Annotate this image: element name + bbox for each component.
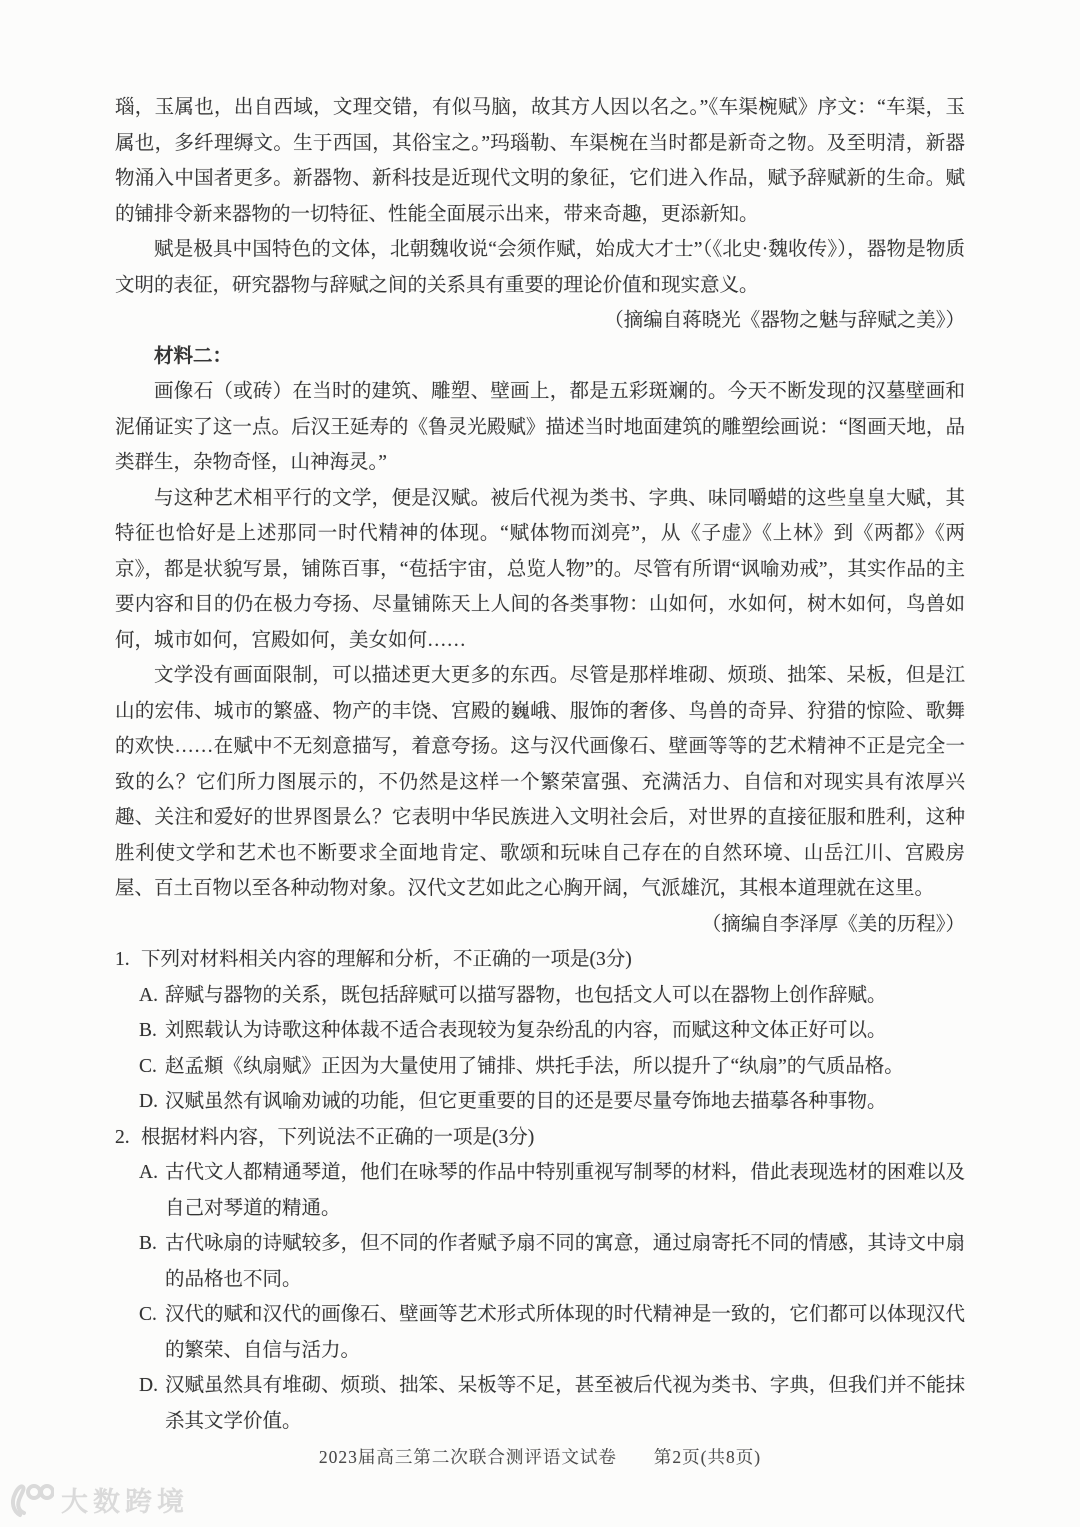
material1-continuation-paragraph: 瑙，玉属也，出自西域，文理交错，有似马脑，故其方人因以名之。”《车渠椀赋》序文：… <box>115 90 965 232</box>
option-text: 赵孟頫《纨扇赋》正因为大量使用了铺排、烘托手法，所以提升了“纨扇”的气质品格。 <box>165 1056 904 1077</box>
option-label: A. <box>139 1155 165 1191</box>
option-text: 辞赋与器物的关系，既包括辞赋可以描写器物，也包括文人可以在器物上创作辞赋。 <box>165 985 887 1006</box>
question-1-option-c: C.赵孟頫《纨扇赋》正因为大量使用了铺排、烘托手法，所以提升了“纨扇”的气质品格… <box>115 1049 965 1085</box>
question-2-option-c: C.汉代的赋和汉代的画像石、壁画等艺术形式所体现的时代精神是一致的，它们都可以体… <box>115 1297 965 1368</box>
question-2-option-a: A.古代文人都精通琴道，他们在咏琴的作品中特别重视写制琴的材料，借此表现选材的困… <box>115 1155 965 1226</box>
option-text: 古代咏扇的诗赋较多，但不同的作者赋予扇不同的寓意，通过扇寄托不同的情感，其诗文中… <box>165 1233 965 1290</box>
question-1: 1.下列对材料相关内容的理解和分析，不正确的一项是(3分) A.辞赋与器物的关系… <box>115 942 965 1120</box>
option-label: B. <box>139 1226 165 1262</box>
material2-attribution: （摘编自李泽厚《美的历程》） <box>115 907 965 943</box>
option-label: C. <box>139 1049 165 1085</box>
option-text: 刘熙载认为诗歌这种体裁不适合表现较为复杂纷乱的内容，而赋这种文体正好可以。 <box>165 1020 887 1041</box>
page-footer-text: 2023届高三第二次联合测评语文试卷 第2页(共8页) <box>319 1447 761 1467</box>
option-label: C. <box>139 1297 165 1333</box>
question-2: 2.根据材料内容，下列说法不正确的一项是(3分) A.古代文人都精通琴道，他们在… <box>115 1120 965 1440</box>
option-text: 古代文人都精通琴道，他们在咏琴的作品中特别重视写制琴的材料，借此表现选材的困难以… <box>165 1162 965 1219</box>
question-2-option-d: D.汉赋虽然具有堆砌、烦琐、拙笨、呆板等不足，甚至被后代视为类书、字典，但我们并… <box>115 1368 965 1439</box>
brand-logo-icon <box>8 1481 54 1519</box>
question-1-option-a: A.辞赋与器物的关系，既包括辞赋可以描写器物，也包括文人可以在器物上创作辞赋。 <box>115 978 965 1014</box>
page-footer: 2023届高三第二次联合测评语文试卷 第2页(共8页) <box>0 1444 1080 1469</box>
question-2-stem-text: 根据材料内容，下列说法不正确的一项是(3分) <box>141 1127 534 1148</box>
question-1-number: 1. <box>115 942 141 978</box>
option-label: A. <box>139 978 165 1014</box>
material2-paragraph-2: 与这种艺术相平行的文学，便是汉赋。被后代视为类书、字典、味同嚼蜡的这些皇皇大赋，… <box>115 481 965 659</box>
material2-paragraph-3: 文学没有画面限制，可以描述更大更多的东西。尽管是那样堆砌、烦琐、拙笨、呆板，但是… <box>115 658 965 907</box>
material2-paragraph-1: 画像石（或砖）在当时的建筑、雕塑、壁画上，都是五彩斑斓的。今天不断发现的汉墓壁画… <box>115 374 965 481</box>
question-1-option-d: D.汉赋虽然有讽喻劝诫的功能，但它更重要的目的还是要尽量夸饰地去描摹各种事物。 <box>115 1084 965 1120</box>
material1-paragraph: 赋是极具中国特色的文体，北朝魏收说“会须作赋，始成大才士”（《北史·魏收传》），… <box>115 232 965 303</box>
question-2-number: 2. <box>115 1120 141 1156</box>
option-text: 汉代的赋和汉代的画像石、壁画等艺术形式所体现的时代精神是一致的，它们都可以体现汉… <box>165 1304 965 1361</box>
question-1-option-b: B.刘熙载认为诗歌这种体裁不适合表现较为复杂纷乱的内容，而赋这种文体正好可以。 <box>115 1013 965 1049</box>
material2-heading: 材料二： <box>115 339 965 375</box>
question-1-stem-text: 下列对材料相关内容的理解和分析，不正确的一项是(3分) <box>141 949 632 970</box>
question-1-stem: 1.下列对材料相关内容的理解和分析，不正确的一项是(3分) <box>115 942 965 978</box>
option-label: D. <box>139 1368 165 1404</box>
option-label: D. <box>139 1084 165 1120</box>
option-text: 汉赋虽然具有堆砌、烦琐、拙笨、呆板等不足，甚至被后代视为类书、字典，但我们并不能… <box>165 1375 965 1432</box>
watermark-text: 大数跨境 <box>61 1480 189 1519</box>
watermark: 大数跨境 <box>8 1480 189 1519</box>
question-2-option-b: B.古代咏扇的诗赋较多，但不同的作者赋予扇不同的寓意，通过扇寄托不同的情感，其诗… <box>115 1226 965 1297</box>
exam-paper-page: 瑙，玉属也，出自西域，文理交错，有似马脑，故其方人因以名之。”《车渠椀赋》序文：… <box>0 0 1080 1527</box>
question-2-stem: 2.根据材料内容，下列说法不正确的一项是(3分) <box>115 1120 965 1156</box>
option-label: B. <box>139 1013 165 1049</box>
material1-attribution: （摘编自蒋晓光《器物之魅与辞赋之美》） <box>115 303 965 339</box>
page-content: 瑙，玉属也，出自西域，文理交错，有似马脑，故其方人因以名之。”《车渠椀赋》序文：… <box>115 90 965 1439</box>
option-text: 汉赋虽然有讽喻劝诫的功能，但它更重要的目的还是要尽量夸饰地去描摹各种事物。 <box>165 1091 887 1112</box>
